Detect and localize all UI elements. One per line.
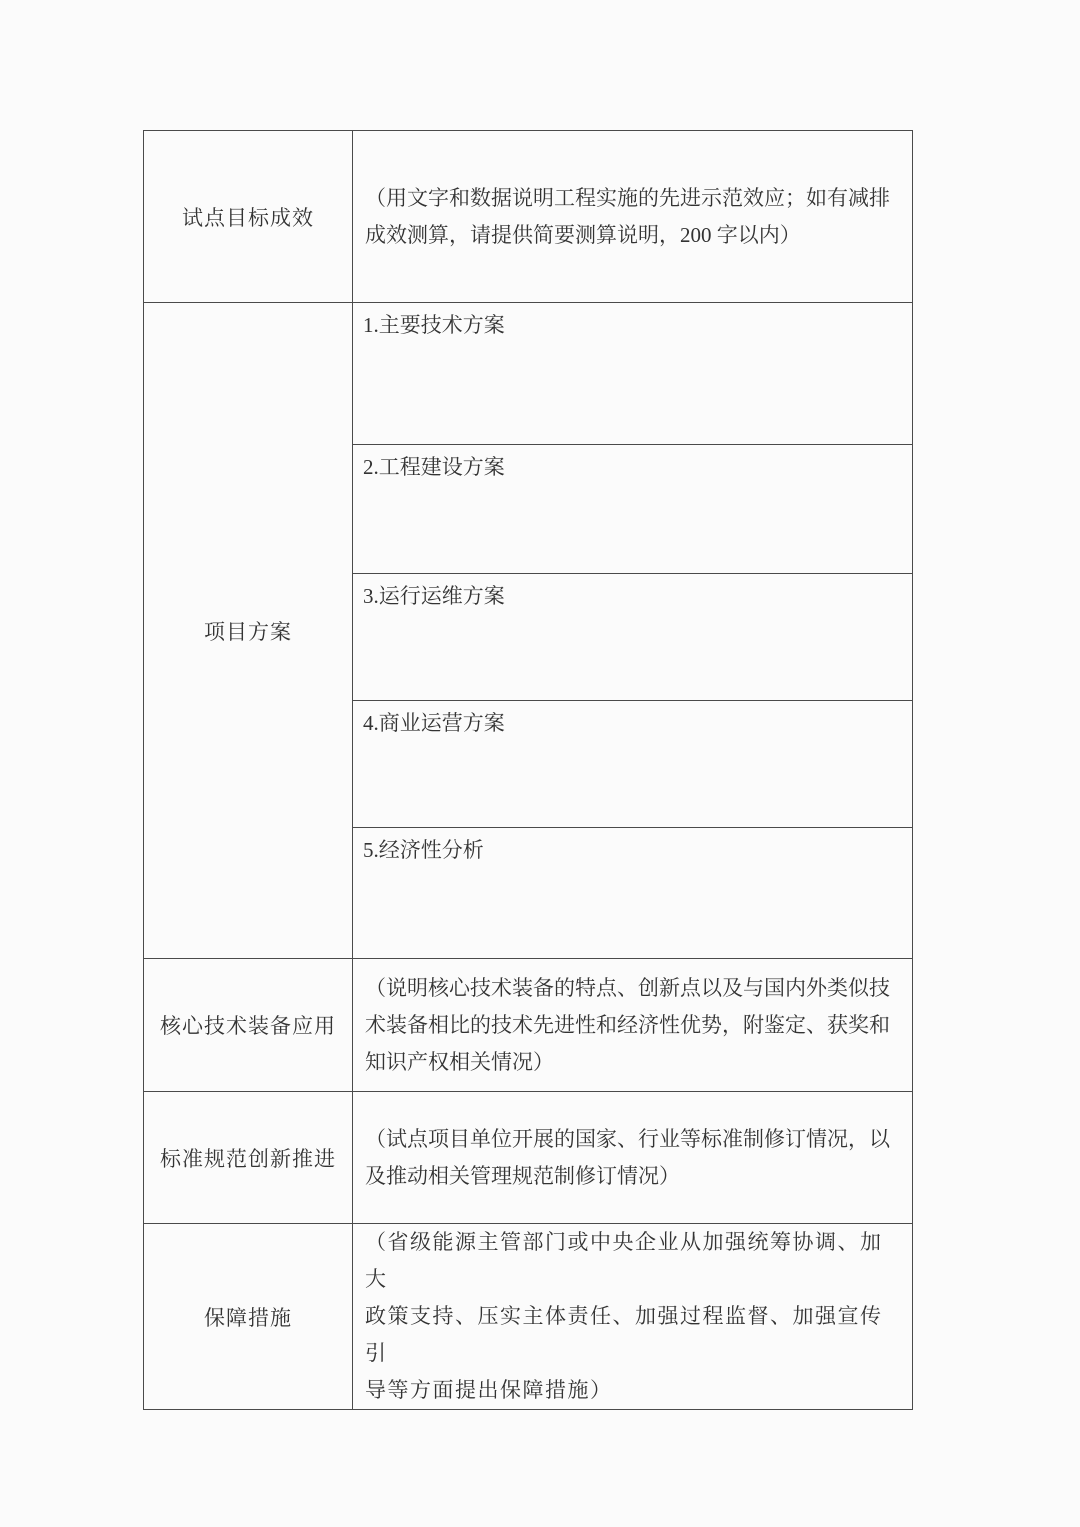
cell-content-pilot-target-results: （用文字和数据说明工程实施的先进示范效应；如有减排 成效测算，请提供简要测算说明…: [353, 131, 913, 303]
cell-subrow-technical-plan: 1.主要技术方案: [353, 303, 913, 445]
cell-label-standards-innovation: 标准规范创新推进: [144, 1092, 353, 1224]
cell-subrow-business-operation-plan: 4.商业运营方案: [353, 701, 913, 828]
table-row-safeguard-measures: 保障措施 （省级能源主管部门或中央企业从加强统筹协调、加大 政策支持、压实主体责…: [144, 1224, 913, 1410]
cell-subrow-operation-maintenance-plan: 3.运行运维方案: [353, 574, 913, 701]
cell-content-core-technology-equipment: （说明核心技术装备的特点、创新点以及与国内外类似技 术装备相比的技术先进性和经济…: [353, 959, 913, 1092]
table-row-standards-innovation: 标准规范创新推进 （试点项目单位开展的国家、行业等标准制修订情况，以 及推动相关…: [144, 1092, 913, 1224]
cell-label-core-technology-equipment: 核心技术装备应用: [144, 959, 353, 1092]
cell-label-pilot-target-results: 试点目标成效: [144, 131, 353, 303]
document-page: 试点目标成效 （用文字和数据说明工程实施的先进示范效应；如有减排 成效测算，请提…: [0, 0, 1080, 1527]
table-row-pilot-target-results: 试点目标成效 （用文字和数据说明工程实施的先进示范效应；如有减排 成效测算，请提…: [144, 131, 913, 303]
cell-label-project-plan: 项目方案: [144, 303, 353, 959]
cell-content-standards-innovation: （试点项目单位开展的国家、行业等标准制修订情况，以 及推动相关管理规范制修订情况…: [353, 1092, 913, 1224]
pilot-project-form-table: 试点目标成效 （用文字和数据说明工程实施的先进示范效应；如有减排 成效测算，请提…: [143, 130, 913, 1410]
table-row-project-plan: 项目方案 1.主要技术方案: [144, 303, 913, 445]
table-row-core-technology-equipment: 核心技术装备应用 （说明核心技术装备的特点、创新点以及与国内外类似技 术装备相比…: [144, 959, 913, 1092]
cell-label-safeguard-measures: 保障措施: [144, 1224, 353, 1410]
cell-subrow-economic-analysis: 5.经济性分析: [353, 828, 913, 959]
cell-subrow-construction-plan: 2.工程建设方案: [353, 445, 913, 574]
cell-content-safeguard-measures: （省级能源主管部门或中央企业从加强统筹协调、加大 政策支持、压实主体责任、加强过…: [353, 1224, 913, 1410]
